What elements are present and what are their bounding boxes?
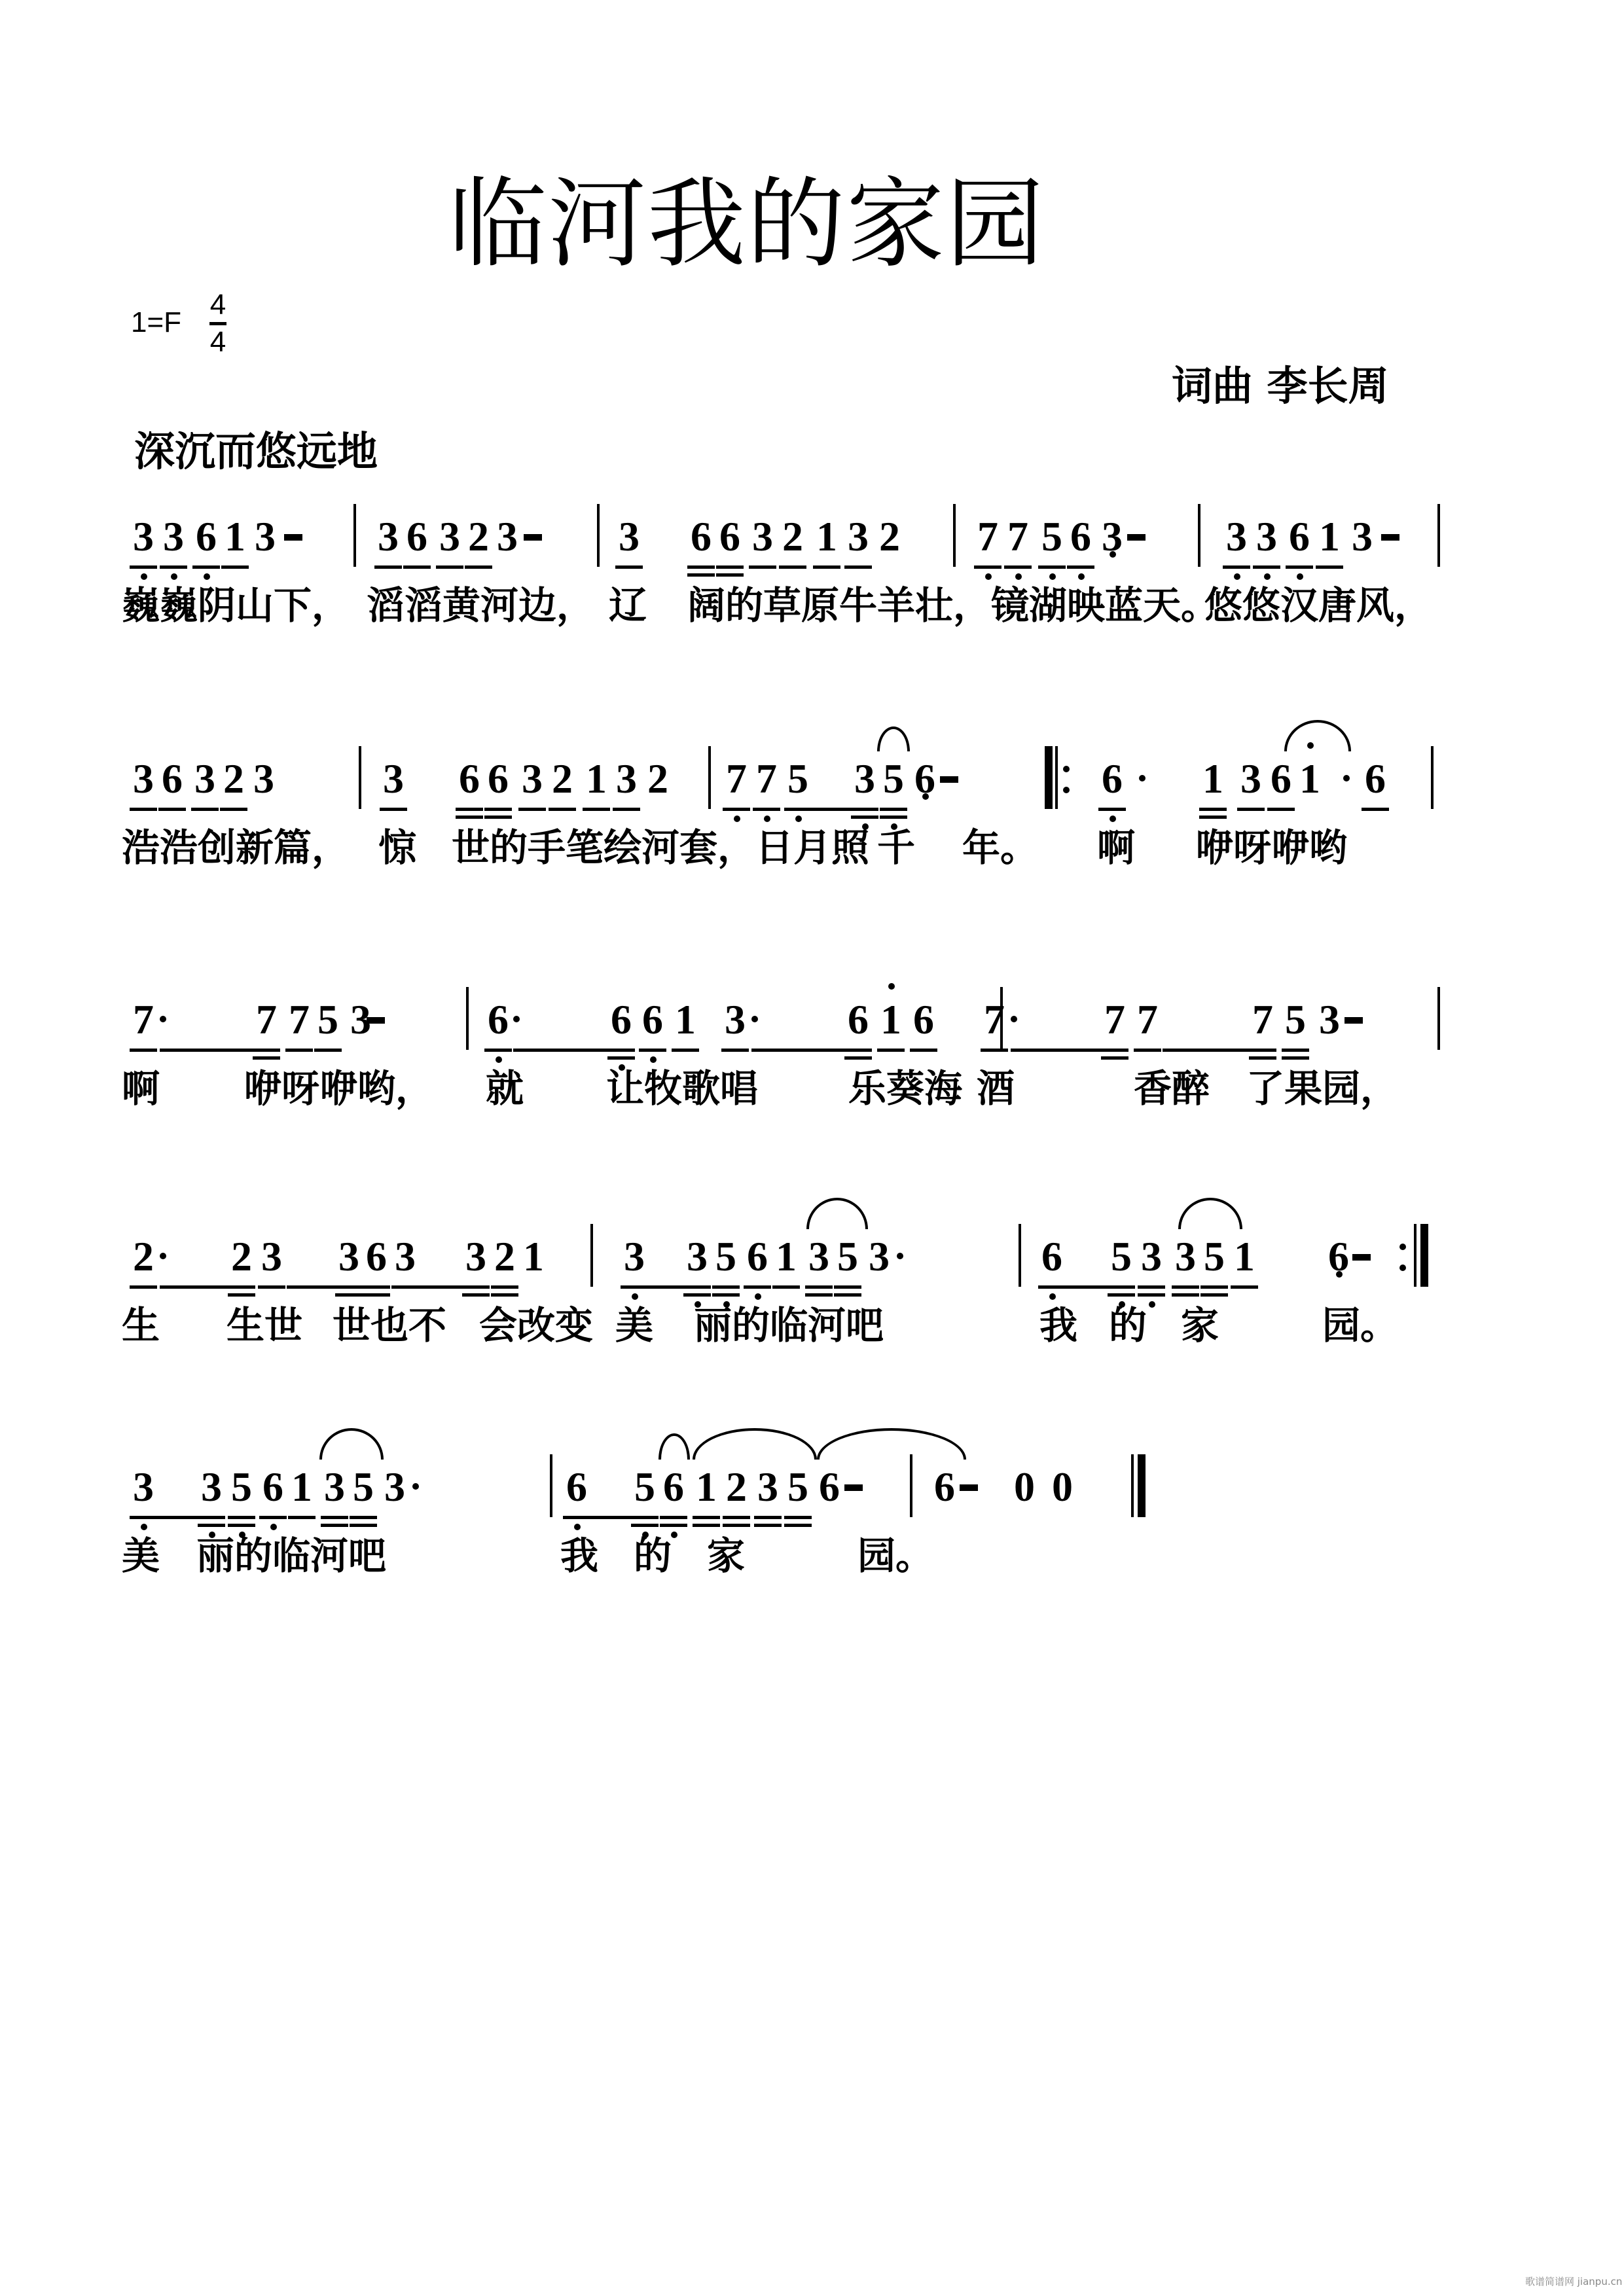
note: 7	[751, 753, 782, 805]
underline	[160, 565, 187, 569]
low-octave-dot	[1015, 573, 1022, 580]
beam-line	[513, 1049, 609, 1052]
underline	[259, 1516, 287, 1519]
composer-credit: 词曲 李长周	[1172, 353, 1389, 412]
note: 3	[1097, 511, 1127, 563]
lyric: 啊	[122, 1069, 160, 1107]
note-digit: 5	[634, 1463, 655, 1510]
underline-double	[880, 816, 907, 819]
note: 2	[547, 753, 577, 805]
note-digit: 6	[459, 755, 480, 802]
note-digit: 3	[383, 755, 404, 802]
note-digit: 2	[782, 513, 803, 560]
note: 3	[1136, 1230, 1166, 1283]
note-digit: 7	[726, 755, 747, 802]
note: 7	[1100, 994, 1130, 1046]
underline-double	[484, 816, 512, 819]
note-digit: 1	[880, 996, 901, 1043]
underline	[192, 565, 220, 569]
meter-bottom: 4	[207, 328, 229, 357]
underline	[228, 1285, 255, 1289]
note: 6	[483, 753, 513, 805]
barline	[466, 987, 469, 1050]
note-digit: 6	[913, 996, 934, 1043]
note: 3	[804, 1230, 834, 1283]
note-digit: 3	[757, 1463, 778, 1510]
note-digit: 5	[787, 1463, 808, 1510]
note: 5	[878, 753, 909, 805]
score-row: 3632336632132775356613616浩浩创新篇，惊世的手笔绘河套，…	[0, 753, 1624, 897]
note-digit: 5	[231, 1463, 252, 1510]
underline	[1199, 808, 1227, 811]
lyric: 世也不	[333, 1306, 446, 1344]
note: 6	[929, 1461, 960, 1513]
note: 6	[814, 1461, 844, 1513]
underline-double	[321, 1524, 348, 1527]
extension-dash	[1381, 534, 1399, 541]
note: 6	[157, 753, 187, 805]
note-digit: 3	[1175, 1233, 1196, 1280]
note: 7	[1132, 994, 1163, 1046]
lyric: 悠悠汉唐风，	[1204, 586, 1432, 624]
note: 2	[721, 1461, 751, 1513]
lyric: 丽的临河吧	[694, 1306, 884, 1344]
low-octave-dot	[1336, 1271, 1343, 1278]
note: 0	[1009, 1461, 1039, 1513]
note: 2	[226, 1230, 257, 1283]
note-digit: 7	[1137, 996, 1158, 1043]
lyric: 美	[122, 1537, 160, 1575]
repeat-dots	[1063, 759, 1070, 808]
lyric: 园。	[1322, 1306, 1398, 1344]
underline	[1231, 1285, 1258, 1289]
underline-double	[198, 1524, 225, 1527]
final-thick	[1138, 1454, 1146, 1517]
underline	[221, 565, 249, 569]
underline	[391, 1285, 419, 1289]
beam-line	[157, 1516, 199, 1519]
note: 3	[492, 511, 522, 563]
note: 6	[742, 1230, 772, 1283]
underline-double	[784, 1524, 812, 1527]
note-digit: 7	[1104, 996, 1125, 1043]
lyric: 会改变	[479, 1306, 593, 1344]
underline-double	[693, 1524, 720, 1527]
lyric: 园。	[857, 1537, 933, 1575]
underline-double	[1101, 1056, 1128, 1060]
beam-line	[1066, 1285, 1109, 1289]
note-digit: 2	[468, 513, 489, 560]
note: 1	[220, 511, 250, 563]
underline	[403, 565, 431, 569]
note-digit: 3	[624, 1233, 645, 1280]
underline-double	[754, 1524, 782, 1527]
note-digit: 6	[488, 755, 509, 802]
underline	[130, 565, 157, 569]
note-digit: 3	[378, 513, 399, 560]
beam-line	[1163, 1049, 1250, 1052]
note-digit: 1	[1299, 755, 1320, 802]
note-digit: 1	[225, 513, 245, 560]
slur-arc	[877, 726, 910, 751]
song-title: 临河我的家园	[448, 175, 1045, 274]
note: 5	[226, 1461, 257, 1513]
beam-line	[160, 1285, 229, 1289]
underline	[880, 808, 907, 811]
extension-dash	[960, 1484, 978, 1491]
underline	[1316, 565, 1343, 569]
extension-dash	[367, 1017, 385, 1024]
lyric: 丽的临河吧	[196, 1537, 386, 1575]
low-octave-dot	[171, 573, 177, 580]
note-digit: 7	[1252, 996, 1273, 1043]
note-digit: 6	[366, 1233, 387, 1280]
note-digit: 7	[133, 996, 154, 1043]
note: 7	[128, 994, 158, 1046]
underline	[851, 808, 878, 811]
note: 3	[753, 1461, 783, 1513]
underline	[672, 1049, 699, 1052]
underline	[321, 1516, 348, 1519]
slur-arc	[1178, 1198, 1242, 1229]
note: 6	[483, 994, 513, 1046]
low-octave-dot	[1110, 551, 1116, 558]
note-digit: 7	[977, 513, 998, 560]
barline	[910, 1454, 912, 1517]
note: 3	[319, 1461, 350, 1513]
note-digit: 1	[586, 755, 607, 802]
note: 6	[1324, 1230, 1354, 1283]
extension-dash	[1352, 1254, 1371, 1261]
beam-line	[160, 1049, 254, 1052]
barline	[1431, 746, 1434, 809]
underline	[753, 808, 780, 811]
note: 6	[638, 994, 668, 1046]
lyric: 美	[615, 1306, 653, 1344]
lyric: 家	[707, 1537, 745, 1575]
beam-line	[785, 808, 851, 811]
underline	[491, 1285, 518, 1289]
note: 3	[614, 511, 644, 563]
note-digit: 6	[1041, 1233, 1062, 1280]
underline	[363, 1285, 390, 1289]
note: 3	[378, 753, 408, 805]
underline	[484, 1049, 512, 1052]
underline-double	[462, 1293, 490, 1297]
note: 2	[490, 1230, 520, 1283]
note: 7	[721, 753, 751, 805]
underline	[615, 565, 643, 569]
slur-arc	[659, 1433, 690, 1460]
note-digit: 3	[687, 1233, 708, 1280]
lyric: 生世	[226, 1306, 302, 1344]
score-row: 3356135365612356600美丽的临河吧我的家园。	[0, 1461, 1624, 1605]
note-digit: 7	[756, 755, 777, 802]
note-digit: 3	[522, 755, 543, 802]
note-digit: 6	[848, 996, 869, 1043]
low-octave-dot	[922, 793, 929, 800]
underline	[772, 1285, 800, 1289]
note: 3	[864, 1230, 894, 1283]
lyric: 我	[560, 1537, 598, 1575]
underline	[834, 1285, 861, 1289]
note: 6	[659, 1461, 689, 1513]
note-digit: 3	[619, 513, 640, 560]
note-digit: 1	[696, 1463, 717, 1510]
augmentation-dot	[160, 1253, 166, 1259]
underline	[335, 1285, 363, 1289]
note: 0	[1047, 1461, 1077, 1513]
lyric: 惊	[378, 829, 416, 867]
note: 2	[219, 753, 249, 805]
underline	[1038, 1285, 1066, 1289]
underline	[974, 565, 1001, 569]
underline-double	[716, 573, 744, 577]
note-digit: 3	[497, 513, 518, 560]
note: 1	[812, 511, 842, 563]
underline	[1362, 808, 1389, 811]
underline-double	[1199, 816, 1227, 819]
underline-double	[805, 1293, 833, 1297]
note: 3	[158, 511, 189, 563]
underline	[549, 808, 576, 811]
extension-dash	[844, 1484, 863, 1491]
note: 3	[249, 753, 279, 805]
note-digit: 3	[163, 513, 184, 560]
low-octave-dot	[141, 573, 147, 580]
underline-double	[712, 1293, 740, 1297]
note: 3	[1236, 753, 1266, 805]
note-digit: 3	[616, 755, 637, 802]
note: 3	[1252, 511, 1282, 563]
high-octave-dot	[888, 983, 895, 990]
note: 6	[191, 511, 221, 563]
note-digit: 2	[231, 1233, 252, 1280]
underline	[613, 808, 640, 811]
lyric: 酒	[977, 1069, 1015, 1107]
note: 5	[1106, 1230, 1136, 1283]
underline	[754, 1516, 782, 1519]
note-digit: 2	[494, 1233, 515, 1280]
underline	[1200, 1285, 1228, 1289]
lyric: 就	[486, 1069, 524, 1107]
beam-line	[590, 1516, 632, 1519]
underline	[462, 1285, 490, 1289]
note: 6	[361, 1230, 391, 1283]
note: 5	[1199, 1230, 1229, 1283]
barline	[1019, 1224, 1021, 1287]
barline	[590, 1224, 593, 1287]
note: 3	[843, 511, 873, 563]
underline-double	[1249, 1056, 1276, 1060]
augmentation-dot	[897, 1253, 903, 1259]
note: 5	[313, 994, 343, 1046]
underline-double	[683, 1293, 711, 1297]
extension-dash	[1344, 1017, 1363, 1024]
note: 3	[128, 753, 158, 805]
repeat-start-thick	[1045, 746, 1053, 809]
note: 3	[682, 1230, 712, 1283]
note: 7	[1248, 994, 1278, 1046]
underline	[1282, 1049, 1309, 1052]
note-digit: 1	[675, 996, 696, 1043]
note: 3	[334, 1230, 364, 1283]
note-digit: 3	[1352, 513, 1373, 560]
barline	[953, 504, 956, 567]
note: 3	[850, 753, 880, 805]
underline	[844, 1049, 872, 1052]
note-digit: 5	[317, 996, 338, 1043]
note-digit: 3	[808, 1233, 829, 1280]
note-digit: 3	[395, 1233, 416, 1280]
underline	[228, 1516, 255, 1519]
note-digit: 3	[253, 755, 274, 802]
note: 6	[1066, 511, 1096, 563]
lyric: 巍巍阴山下，	[122, 586, 350, 624]
note-digit: 3	[194, 755, 215, 802]
note-digit: 6	[262, 1463, 283, 1510]
note: 6	[402, 511, 432, 563]
note-digit: 6	[162, 755, 183, 802]
barline	[1198, 504, 1200, 567]
barline	[359, 746, 361, 809]
underline	[1237, 808, 1265, 811]
note-digit: 2	[133, 1233, 154, 1280]
underline	[1267, 808, 1295, 811]
note: 3	[196, 1461, 226, 1513]
note: 2	[643, 753, 673, 805]
barline	[1000, 987, 1003, 1050]
note-digit: 5	[883, 755, 904, 802]
note-digit: 6	[1070, 513, 1091, 560]
underline-double	[687, 573, 715, 577]
augmentation-dot	[751, 1016, 758, 1022]
lyric: 的	[1109, 1306, 1147, 1344]
note: 5	[711, 1230, 741, 1283]
underline	[844, 565, 872, 569]
note-digit: 5	[353, 1463, 374, 1510]
note-digit: 5	[1041, 513, 1062, 560]
note-digit: 3	[338, 1233, 359, 1280]
note: 2	[463, 511, 494, 563]
note-digit: 3	[725, 996, 746, 1043]
underline	[1253, 565, 1280, 569]
note-digit: 3	[1141, 1233, 1162, 1280]
underline	[1286, 565, 1313, 569]
note-digit: 6	[488, 996, 509, 1043]
underline-double	[228, 1524, 255, 1527]
underline	[687, 565, 715, 569]
underline	[621, 1285, 648, 1289]
underline	[1172, 1285, 1199, 1289]
underline	[1101, 1049, 1128, 1052]
note-digit: 1	[816, 513, 837, 560]
note-digit: 1	[1202, 755, 1223, 802]
note-digit: 3	[255, 513, 276, 560]
underline-double	[228, 1293, 255, 1297]
note: 6	[910, 753, 940, 805]
note-digit: 1	[523, 1233, 544, 1280]
low-octave-dot	[204, 573, 210, 580]
low-octave-dot	[270, 1524, 277, 1530]
underline	[1134, 1049, 1161, 1052]
note-digit: 3	[133, 755, 154, 802]
underline	[130, 1049, 157, 1052]
note-digit: 6	[642, 996, 663, 1043]
underline	[693, 1516, 720, 1519]
note-digit: 5	[837, 1233, 858, 1280]
note-digit: 2	[879, 513, 900, 560]
note-digit: 3	[133, 513, 154, 560]
note-digit: 5	[787, 755, 808, 802]
underline	[380, 808, 407, 811]
note-digit: 3	[324, 1463, 345, 1510]
lyric: 年。	[962, 829, 1038, 867]
lyric: 家	[1181, 1306, 1219, 1344]
note-digit: 2	[223, 755, 244, 802]
underline	[563, 1516, 590, 1519]
note: 3	[461, 1230, 491, 1283]
lyric: 浩浩创新篇，	[122, 829, 350, 867]
note: 5	[1037, 511, 1067, 563]
underline	[813, 565, 840, 569]
slur-arc	[817, 1428, 966, 1460]
underline	[1223, 565, 1250, 569]
low-octave-dot	[1149, 1301, 1155, 1308]
underline	[1108, 1285, 1135, 1289]
note-digit: 5	[715, 1233, 736, 1280]
underline-double	[335, 1293, 363, 1297]
note-digit: 3	[384, 1463, 405, 1510]
low-octave-dot	[734, 816, 740, 822]
note-digit: 6	[406, 513, 427, 560]
lyric: 阔的草原牛羊壮，镜湖映蓝天。	[687, 586, 1219, 624]
note-digit: 3	[439, 513, 460, 560]
note: 7	[284, 994, 314, 1046]
note-digit: 2	[552, 755, 573, 802]
note-digit: 1	[776, 1233, 797, 1280]
slur-arc	[693, 1428, 817, 1460]
low-octave-dot	[1049, 573, 1056, 580]
note: 3	[1221, 511, 1252, 563]
note: 3	[1347, 511, 1377, 563]
note: 5	[348, 1461, 378, 1513]
low-octave-dot	[574, 1524, 581, 1530]
lyric: 世的手笔绘河套，日月照	[452, 829, 869, 867]
underline-double	[491, 1293, 518, 1297]
underline	[258, 1285, 285, 1289]
note-digit: 1	[1319, 513, 1340, 560]
underline	[779, 565, 806, 569]
underline	[518, 808, 546, 811]
underline	[456, 808, 483, 811]
low-octave-dot	[141, 1524, 147, 1530]
note-digit: 0	[1014, 1463, 1035, 1510]
underline	[1138, 1285, 1165, 1289]
note-digit: 3	[1319, 996, 1340, 1043]
meter-divider	[209, 322, 226, 325]
beam-line	[751, 1049, 846, 1052]
underline	[749, 565, 776, 569]
underline	[723, 1516, 750, 1519]
note: 3	[1314, 994, 1344, 1046]
note-digit: 7	[256, 996, 277, 1043]
lyric: 香醉	[1134, 1069, 1210, 1107]
extension-dash	[524, 534, 542, 541]
note: 1	[581, 753, 611, 805]
low-octave-dot	[755, 1293, 761, 1300]
underline	[660, 1516, 687, 1519]
